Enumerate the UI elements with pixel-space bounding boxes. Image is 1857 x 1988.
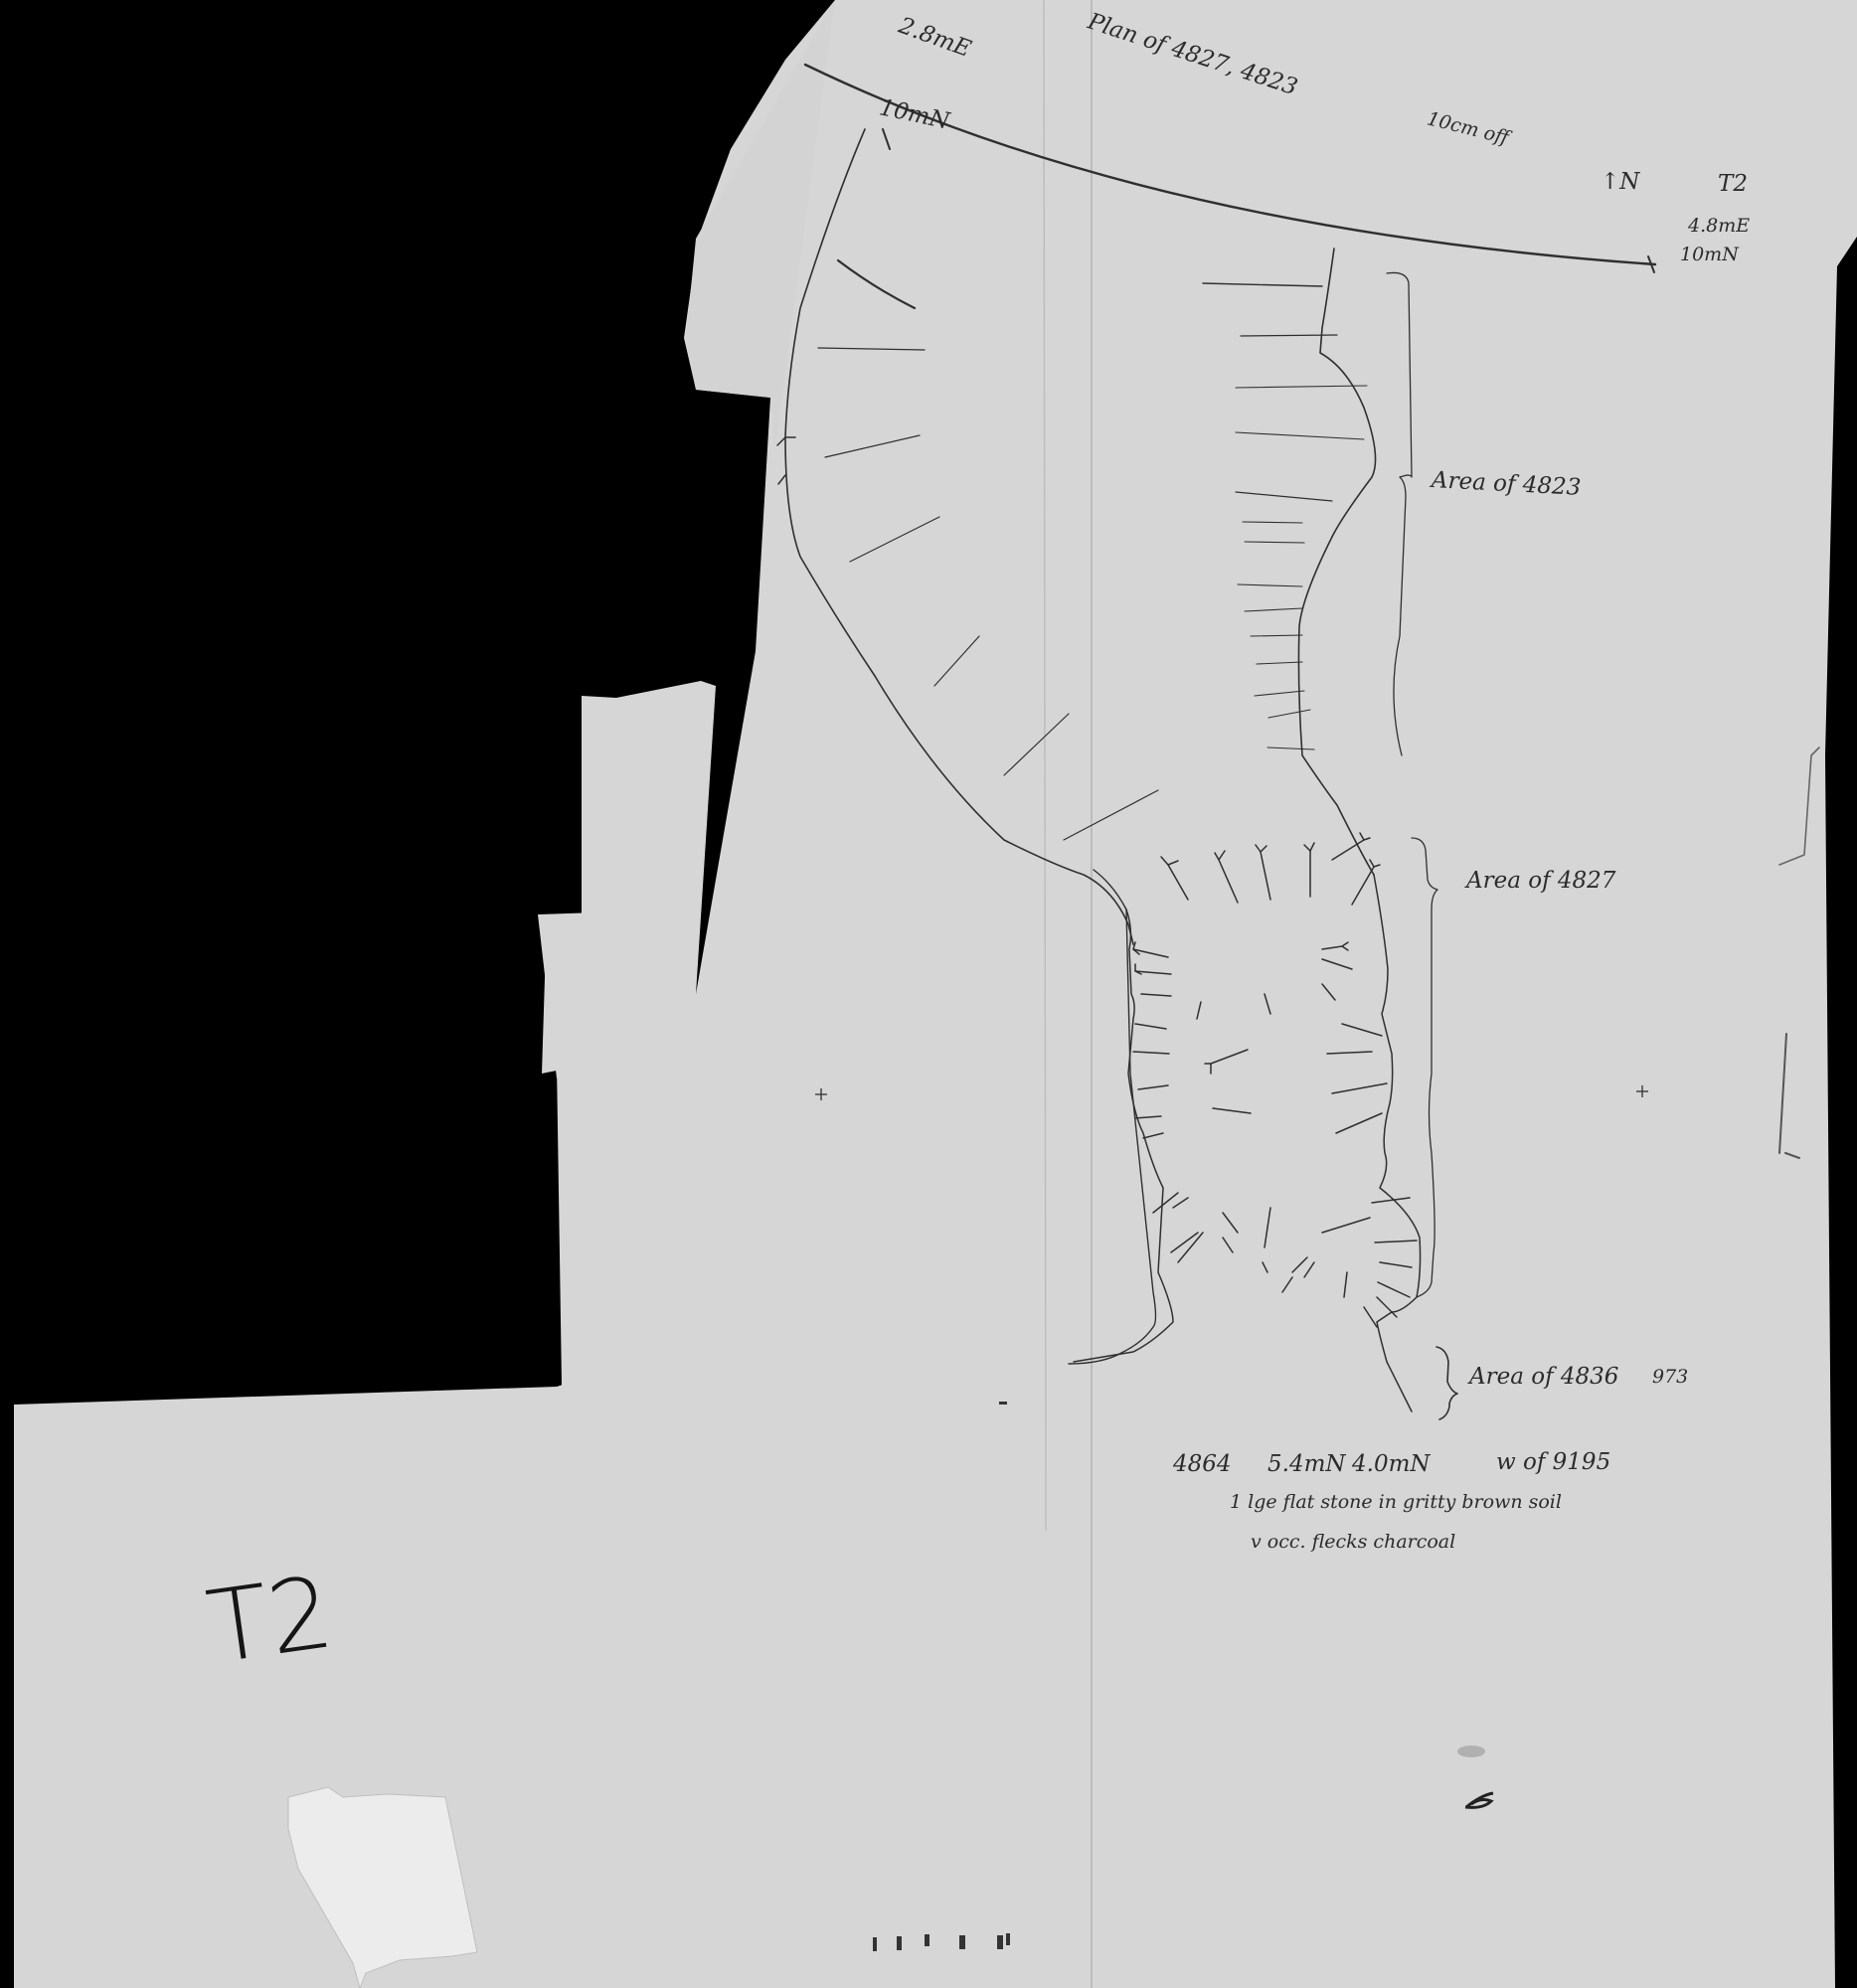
label-area-4836: Area of 4836 (1469, 1364, 1618, 1390)
context-east: 5.4mN (1267, 1451, 1346, 1477)
context-ref: w of 9195 (1496, 1449, 1610, 1475)
description-line-1: 1 lge flat stone in gritty brown soil (1230, 1491, 1562, 1513)
context-number: 4864 (1173, 1451, 1232, 1477)
label-area-4836-extra: 973 (1652, 1366, 1688, 1388)
sheet-number: 6 (1463, 1779, 1464, 1780)
trench-label: T2 (201, 1554, 340, 1686)
label-area-4827: Area of 4827 (1466, 868, 1615, 894)
north-arrow-label: ↑N (1601, 169, 1639, 195)
description-line-2: v occ. flecks charcoal (1251, 1531, 1455, 1553)
scanned-plan-sheet (0, 0, 1857, 1988)
grid-ref-right-east: 4.8mE (1688, 215, 1750, 237)
context-north: 4.0mN (1352, 1451, 1431, 1477)
grid-ref-right-north: 10mN (1680, 244, 1739, 265)
trench-label-small: T2 (1718, 171, 1748, 197)
